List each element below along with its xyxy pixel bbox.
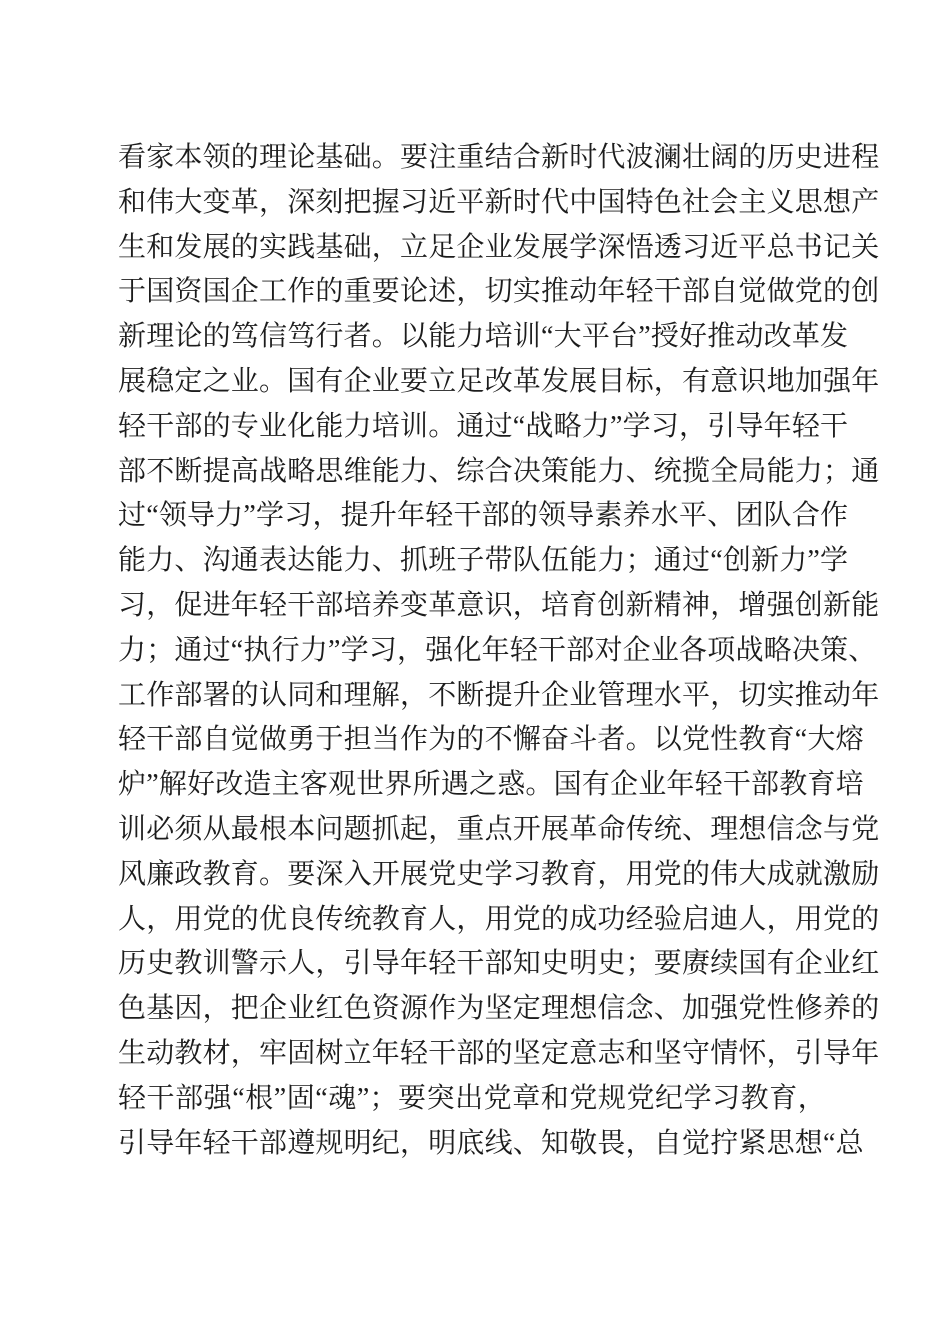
text-line: 工作部署的认同和理解，不断提升企业管理水平，切实推动年 [118, 674, 826, 719]
text-line: 习，促进年轻干部培养变革意识，培育创新精神，增强创新能 [118, 584, 826, 629]
text-line: 历史教训警示人，引导年轻干部知史明史；要赓续国有企业红 [118, 942, 826, 987]
text-line: 于国资国企工作的重要论述，切实推动年轻干部自觉做党的创 [118, 270, 826, 315]
text-line: 炉”解好改造主客观世界所遇之惑。国有企业年轻干部教育培 [118, 763, 826, 808]
text-line: 生和发展的实践基础，立足企业发展学深悟透习近平总书记关 [118, 226, 826, 271]
text-line: 轻干部的专业化能力培训。通过“战略力”学习，引导年轻干 [118, 405, 826, 450]
text-line: 能力、沟通表达能力、抓班子带队伍能力；通过“创新力”学 [118, 539, 826, 584]
text-line: 色基因，把企业红色资源作为坚定理想信念、加强党性修养的 [118, 987, 826, 1032]
text-line: 训必须从最根本问题抓起，重点开展革命传统、理想信念与党 [118, 808, 826, 853]
text-line: 部不断提高战略思维能力、综合决策能力、统揽全局能力；通 [118, 450, 826, 495]
text-line: 生动教材，牢固树立年轻干部的坚定意志和坚守情怀，引导年 [118, 1032, 826, 1077]
text-line: 力；通过“执行力”学习，强化年轻干部对企业各项战略决策、 [118, 629, 826, 674]
text-line: 轻干部自觉做勇于担当作为的不懈奋斗者。以党性教育“大熔 [118, 718, 826, 763]
document-page: 看家本领的理论基础。要注重结合新时代波澜壮阔的历史进程和伟大变革，深刻把握习近平… [0, 0, 950, 1344]
text-line: 风廉政教育。要深入开展党史学习教育，用党的伟大成就激励 [118, 853, 826, 898]
text-line: 展稳定之业。国有企业要立足改革发展目标，有意识地加强年 [118, 360, 826, 405]
text-line: 看家本领的理论基础。要注重结合新时代波澜壮阔的历史进程 [118, 136, 826, 181]
body-text: 看家本领的理论基础。要注重结合新时代波澜壮阔的历史进程和伟大变革，深刻把握习近平… [118, 136, 826, 1166]
text-line: 轻干部强“根”固“魂”；要突出党章和党规党纪学习教育， [118, 1077, 826, 1122]
text-line: 人，用党的优良传统教育人，用党的成功经验启迪人，用党的 [118, 898, 826, 943]
text-line: 过“领导力”学习，提升年轻干部的领导素养水平、团队合作 [118, 494, 826, 539]
text-line: 引导年轻干部遵规明纪，明底线、知敬畏，自觉拧紧思想“总 [118, 1122, 826, 1167]
text-line: 和伟大变革，深刻把握习近平新时代中国特色社会主义思想产 [118, 181, 826, 226]
text-line: 新理论的笃信笃行者。以能力培训“大平台”授好推动改革发 [118, 315, 826, 360]
